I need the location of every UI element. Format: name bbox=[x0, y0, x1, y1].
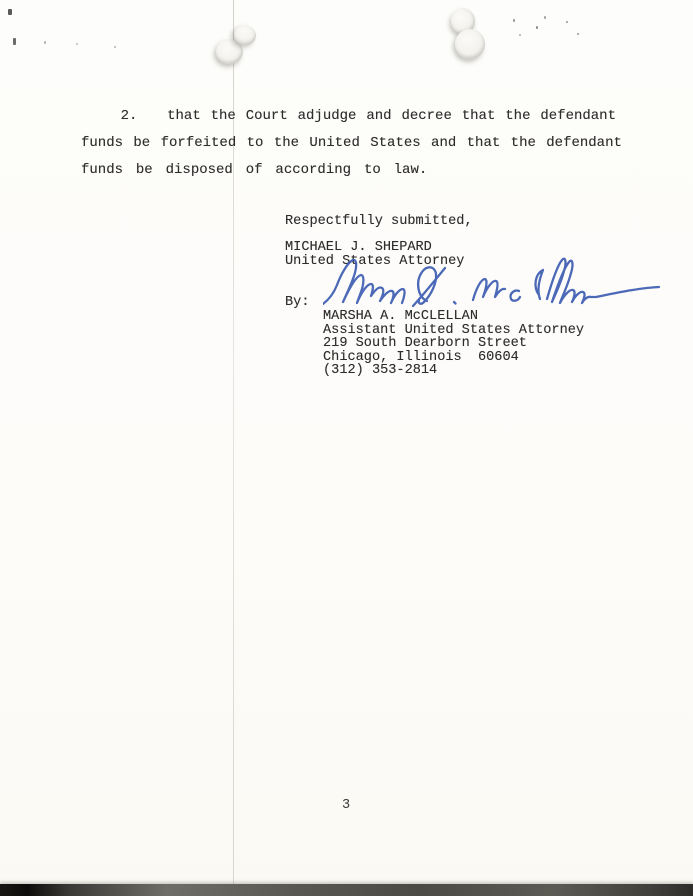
signer-phone: (312) 353-2814 bbox=[323, 364, 584, 378]
signer-street: 219 South Dearborn Street bbox=[323, 337, 584, 351]
speck bbox=[76, 43, 78, 45]
body-paragraph: 2. that the Court adjudge and decree tha… bbox=[81, 103, 622, 184]
handwritten-signature-marsha-mcclellan bbox=[323, 251, 663, 309]
closing-line: Respectfully submitted, bbox=[285, 214, 473, 229]
body-line: 2. that the Court adjudge and decree tha… bbox=[81, 103, 622, 130]
speck bbox=[577, 33, 579, 35]
speck bbox=[44, 41, 46, 44]
signer-name: MARSHA A. McCLELLAN bbox=[323, 310, 584, 324]
speck bbox=[13, 38, 16, 45]
staple-blob-right-lower bbox=[455, 29, 485, 59]
speck bbox=[519, 34, 521, 36]
body-line: funds be forfeited to the United States … bbox=[81, 130, 622, 157]
by-label: By: bbox=[285, 295, 309, 310]
signer-city: Chicago, Illinois 60604 bbox=[323, 351, 584, 365]
speck bbox=[544, 16, 546, 19]
speck bbox=[536, 26, 538, 29]
scanner-edge-band bbox=[0, 884, 693, 896]
body-line: funds be disposed of according to law. bbox=[81, 157, 622, 184]
speck bbox=[513, 19, 515, 22]
speck bbox=[114, 46, 116, 48]
scanned-document-page: 2. that the Court adjudge and decree tha… bbox=[0, 0, 693, 896]
speck bbox=[8, 9, 12, 15]
signer-address-block: MARSHA A. McCLELLAN Assistant United Sta… bbox=[323, 310, 584, 378]
speck bbox=[566, 21, 568, 23]
signer-title: Assistant United States Attorney bbox=[323, 324, 584, 338]
page-number: 3 bbox=[342, 798, 350, 813]
